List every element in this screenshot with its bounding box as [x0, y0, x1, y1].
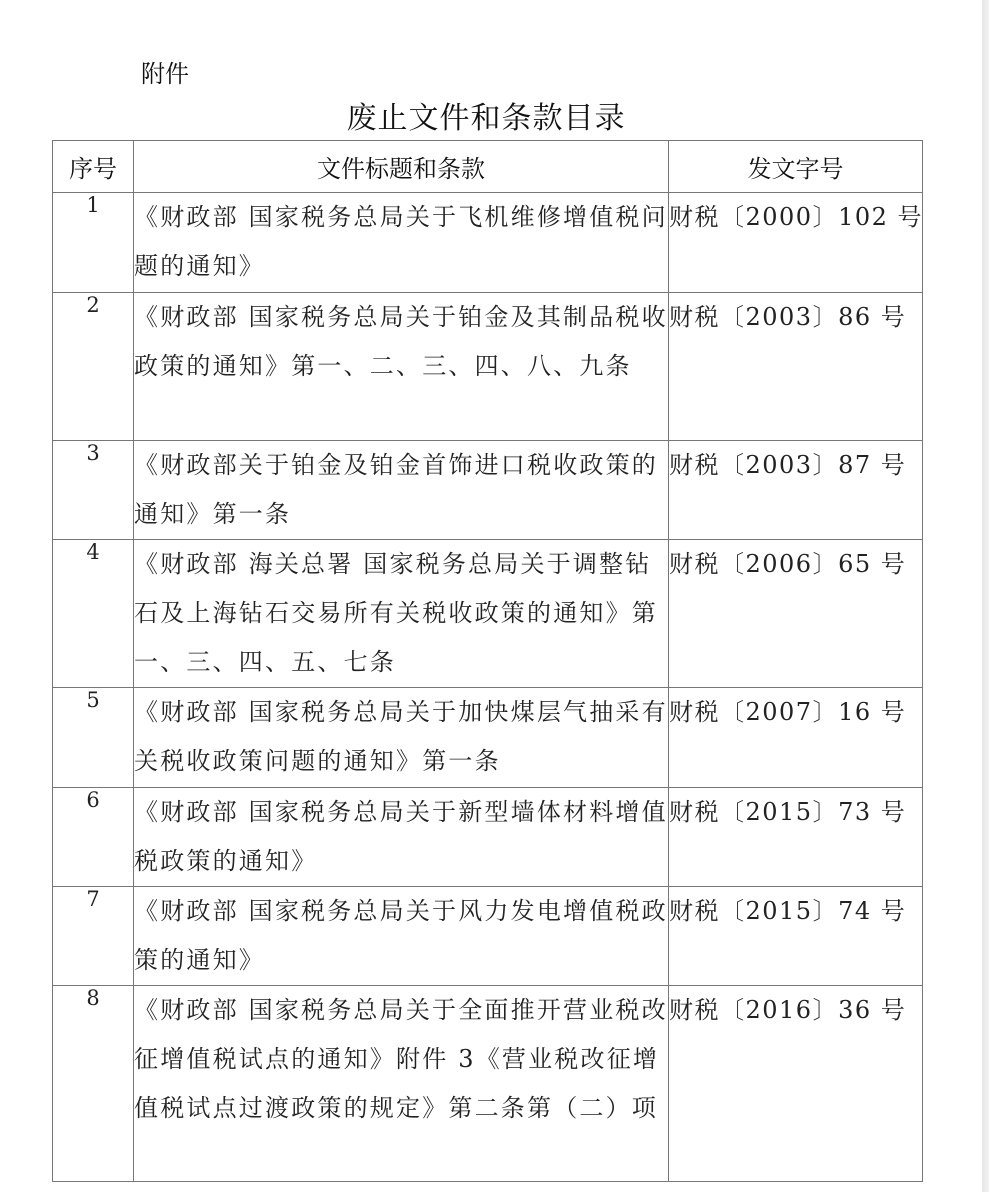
header-document-title: 文件标题和条款 — [134, 141, 669, 193]
table-row: 3 《财政部关于铂金及铂金首饰进口税收政策的通知》第一条 财税〔2003〕87 … — [53, 441, 923, 540]
row-document-title: 《财政部 国家税务总局关于全面推开营业税改征增值税试点的通知》附件 3《营业税改… — [134, 986, 669, 1182]
row-serial-number: 8 — [53, 986, 134, 1182]
row-serial-number: 2 — [53, 293, 134, 441]
table-row: 4 《财政部 海关总署 国家税务总局关于调整钻石及上海钻石交易所有关税收政策的通… — [53, 540, 923, 688]
table-row: 7 《财政部 国家税务总局关于风力发电增值税政策的通知》 财税〔2015〕74 … — [53, 887, 923, 986]
row-document-title: 《财政部 海关总署 国家税务总局关于调整钻石及上海钻石交易所有关税收政策的通知》… — [134, 540, 669, 688]
row-document-title: 《财政部 国家税务总局关于风力发电增值税政策的通知》 — [134, 887, 669, 986]
row-document-number: 财税〔2007〕16 号 — [669, 688, 923, 788]
row-document-number: 财税〔2015〕73 号 — [669, 788, 923, 887]
row-document-number: 财税〔2000〕102 号 — [669, 193, 923, 293]
row-serial-number: 6 — [53, 788, 134, 887]
row-document-number: 财税〔2006〕65 号 — [669, 540, 923, 688]
table-row: 2 《财政部 国家税务总局关于铂金及其制品税收政策的通知》第一、二、三、四、八、… — [53, 293, 923, 441]
header-document-number: 发文字号 — [669, 141, 923, 193]
row-document-title: 《财政部 国家税务总局关于铂金及其制品税收政策的通知》第一、二、三、四、八、九条 — [134, 293, 669, 441]
row-document-title: 《财政部 国家税务总局关于新型墙体材料增值税政策的通知》 — [134, 788, 669, 887]
row-document-number: 财税〔2003〕87 号 — [669, 441, 923, 540]
row-document-number: 财税〔2016〕36 号 — [669, 986, 923, 1182]
table-row: 6 《财政部 国家税务总局关于新型墙体材料增值税政策的通知》 财税〔2015〕7… — [53, 788, 923, 887]
page-edge-shadow — [982, 0, 989, 1192]
table-row: 8 《财政部 国家税务总局关于全面推开营业税改征增值税试点的通知》附件 3《营业… — [53, 986, 923, 1182]
row-document-number: 财税〔2003〕86 号 — [669, 293, 923, 441]
table-row: 5 《财政部 国家税务总局关于加快煤层气抽采有关税收政策问题的通知》第一条 财税… — [53, 688, 923, 788]
header-serial-number: 序号 — [53, 141, 134, 193]
row-serial-number: 4 — [53, 540, 134, 688]
row-serial-number: 5 — [53, 688, 134, 788]
row-serial-number: 7 — [53, 887, 134, 986]
row-document-title: 《财政部 国家税务总局关于加快煤层气抽采有关税收政策问题的通知》第一条 — [134, 688, 669, 788]
row-document-number: 财税〔2015〕74 号 — [669, 887, 923, 986]
table-header-row: 序号 文件标题和条款 发文字号 — [53, 141, 923, 193]
document-title: 废止文件和条款目录 — [0, 93, 972, 137]
row-document-title: 《财政部 国家税务总局关于飞机维修增值税问题的通知》 — [134, 193, 669, 293]
repealed-documents-table: 序号 文件标题和条款 发文字号 1 《财政部 国家税务总局关于飞机维修增值税问题… — [52, 140, 923, 1182]
table-row: 1 《财政部 国家税务总局关于飞机维修增值税问题的通知》 财税〔2000〕102… — [53, 193, 923, 293]
row-serial-number: 3 — [53, 441, 134, 540]
attachment-label: 附件 — [141, 54, 189, 89]
row-document-title: 《财政部关于铂金及铂金首饰进口税收政策的通知》第一条 — [134, 441, 669, 540]
row-serial-number: 1 — [53, 193, 134, 293]
